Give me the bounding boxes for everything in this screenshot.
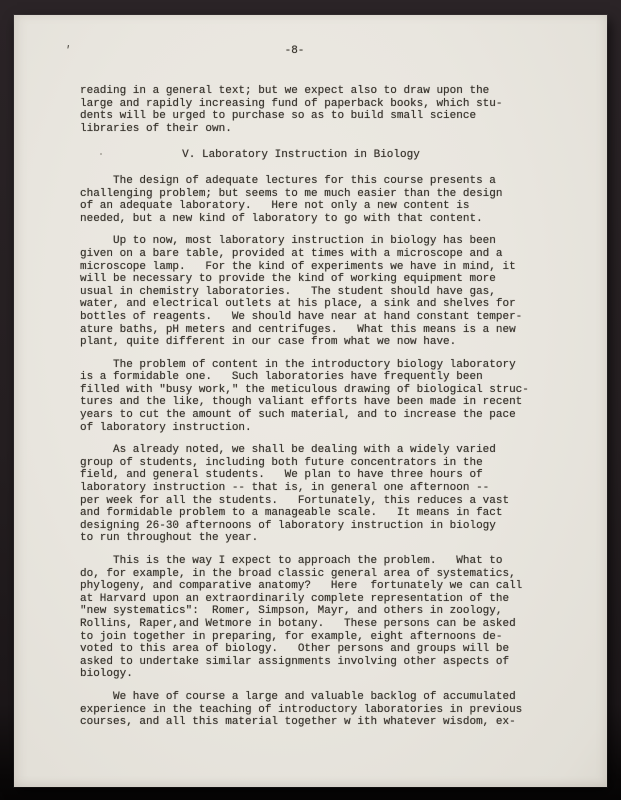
page-content: reading in a general text; but we expect…	[80, 85, 562, 739]
paragraph-lecture-design: The design of adequate lectures for this…	[80, 175, 562, 225]
paragraph-approach: This is the way I expect to approach the…	[80, 555, 562, 681]
page-number: -8-	[0, 45, 591, 57]
paragraph-lab-content-problem: The problem of content in the introducto…	[80, 359, 562, 435]
paragraph-backlog: We have of course a large and valuable b…	[80, 691, 562, 729]
document-page: ' -8- reading in a general text; but we …	[14, 15, 607, 787]
paragraph-lab-equipment: Up to now, most laboratory instruction i…	[80, 235, 562, 348]
paragraph-student-groups: As already noted, we shall be dealing wi…	[80, 444, 562, 545]
scan-background: ' -8- reading in a general text; but we …	[0, 0, 621, 800]
paragraph-continuation: reading in a general text; but we expect…	[80, 85, 562, 135]
section-heading: V. Laboratory Instruction in Biology	[80, 149, 562, 162]
